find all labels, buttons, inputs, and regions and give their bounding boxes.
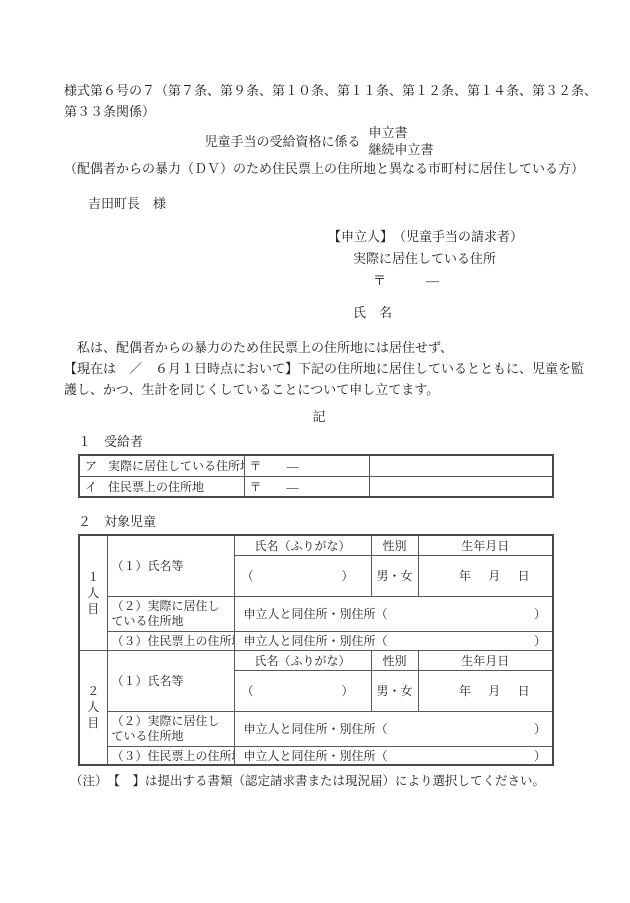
child-2-registered-address-choice: 申立人と同住所・別住所（ ） bbox=[234, 746, 553, 765]
row-label: 住民票上の住所地 bbox=[108, 480, 204, 494]
postal-mark: 〒 bbox=[250, 459, 262, 473]
name-furigana-header: 氏名（ふりがな） bbox=[234, 535, 371, 555]
table-row: （２）実際に居住している住所地 申立人と同住所・別住所（ ） bbox=[79, 596, 553, 631]
doc-type-continuation: 継続申立書 bbox=[369, 141, 434, 158]
postal-separator: ― bbox=[426, 273, 439, 288]
ki-separator: 記 bbox=[64, 406, 574, 428]
table-row: ア実際に居住している住所地 〒― bbox=[79, 455, 553, 476]
address-choice-text: 申立人と同住所・別住所（ bbox=[244, 632, 388, 649]
recipient-table: ア実際に居住している住所地 〒― イ住民票上の住所地 〒― bbox=[78, 454, 554, 498]
form-page: 様式第６号の７（第７条、第９条、第１０条、第１１条、第１２条、第１４条、第３２条… bbox=[0, 0, 630, 903]
paren-open: （ bbox=[242, 567, 254, 584]
year-label: 年 bbox=[459, 567, 471, 584]
recipient-row-b-postal: 〒― bbox=[244, 476, 369, 497]
name-field-label: 氏 名 bbox=[328, 302, 574, 324]
children-table: １人目 （１）氏名等 氏名（ふりがな） 性別 生年月日 （ ） 男・女 年 bbox=[78, 534, 554, 766]
child-1-furigana-parens: （ ） bbox=[234, 555, 371, 596]
child-1-gender-options: 男・女 bbox=[371, 555, 418, 596]
child-1-registered-address-label: （３）住民票上の住所地 bbox=[107, 631, 234, 650]
gender-header: 性別 bbox=[371, 535, 418, 555]
doc-type-statement: 申立書 bbox=[369, 124, 434, 141]
child-2-birthdate-blank: 年 月 日 bbox=[418, 670, 553, 711]
child-2-person-label: ２人目 bbox=[79, 650, 107, 765]
dv-target-note: （配偶者からの暴力（ＤＶ）のため住民票上の住所地と異なる市町村に居住している方） bbox=[64, 159, 574, 179]
child-1-birthdate-blank: 年 月 日 bbox=[418, 555, 553, 596]
recipient-row-a-address-blank bbox=[369, 455, 553, 476]
day-label: 日 bbox=[518, 567, 530, 584]
paren-close: ） bbox=[341, 682, 353, 699]
section2-heading: ２ 対象児童 bbox=[64, 511, 574, 533]
recipient-row-a-label: ア実際に居住している住所地 bbox=[79, 455, 244, 476]
month-label: 月 bbox=[488, 682, 500, 699]
address-choice-text: 申立人と同住所・別住所（ bbox=[244, 747, 388, 764]
form-number-line-2: 第３３条関係） bbox=[64, 101, 574, 122]
statement-paragraph: 私は、配偶者からの暴力のため住民票上の住所地には居住せず、 【現在は ／ ６月１… bbox=[64, 337, 574, 400]
paren-close: ） bbox=[534, 605, 546, 622]
paren-close: ） bbox=[534, 632, 546, 649]
footnote: （注） 【 】は提出する書類（認定請求書または現況届）により選択してください。 bbox=[70, 771, 574, 791]
child-1-actual-residence-label: （２）実際に居住している住所地 bbox=[107, 596, 234, 631]
paren-close: ） bbox=[341, 567, 353, 584]
paren-open: （ bbox=[242, 682, 254, 699]
child-1-registered-address-choice: 申立人と同住所・別住所（ ） bbox=[234, 631, 553, 650]
address-choice-text: 申立人と同住所・別住所（ bbox=[244, 605, 388, 622]
child-2-gender-options: 男・女 bbox=[371, 670, 418, 711]
statement-line-3: 護し、かつ、生計を同じくしていることについて申し立てます。 bbox=[64, 379, 574, 400]
paren-close: ） bbox=[534, 720, 546, 737]
table-row: イ住民票上の住所地 〒― bbox=[79, 476, 553, 497]
child-2-actual-residence-label: （２）実際に居住している住所地 bbox=[107, 711, 234, 746]
statement-line-1: 私は、配偶者からの暴力のため住民票上の住所地には居住せず、 bbox=[64, 337, 574, 358]
form-number: 様式第６号の７（第７条、第９条、第１０条、第１１条、第１２条、第１４条、第３２条… bbox=[64, 80, 574, 122]
row-label: 実際に居住している住所地 bbox=[108, 459, 244, 473]
child-2-name-row-label: （１）氏名等 bbox=[107, 650, 234, 711]
name-furigana-header: 氏名（ふりがな） bbox=[234, 650, 371, 670]
table-row: （３）住民票上の住所地 申立人と同住所・別住所（ ） bbox=[79, 631, 553, 650]
document-title: 児童手当の受給資格に係る 申立書 継続申立書 bbox=[64, 122, 574, 159]
child-1-name-row-label: （１）氏名等 bbox=[107, 535, 234, 596]
doc-type-stack: 申立書 継続申立書 bbox=[369, 124, 434, 158]
table-row: （３）住民票上の住所地 申立人と同住所・別住所（ ） bbox=[79, 746, 553, 765]
postal-separator: ― bbox=[287, 480, 299, 494]
day-label: 日 bbox=[518, 682, 530, 699]
section1-heading: １ 受給者 bbox=[64, 431, 574, 453]
recipient-row-b-label: イ住民票上の住所地 bbox=[79, 476, 244, 497]
row-code: ア bbox=[85, 457, 97, 474]
address-choice-text: 申立人と同住所・別住所（ bbox=[244, 720, 388, 737]
recipient-row-a-postal: 〒― bbox=[244, 455, 369, 476]
year-label: 年 bbox=[459, 682, 471, 699]
child-2-actual-residence-choice: 申立人と同住所・別住所（ ） bbox=[234, 711, 553, 746]
row-code: イ bbox=[85, 478, 97, 495]
birthdate-header: 生年月日 bbox=[418, 650, 553, 670]
table-row: （２）実際に居住している住所地 申立人と同住所・別住所（ ） bbox=[79, 711, 553, 746]
child-2-furigana-parens: （ ） bbox=[234, 670, 371, 711]
applicant-block: 【申立人】 （児童手当の請求者） 実際に居住している住所 〒― 氏 名 bbox=[328, 226, 574, 324]
applicant-heading: 【申立人】 （児童手当の請求者） bbox=[328, 226, 574, 248]
month-label: 月 bbox=[488, 567, 500, 584]
postal-mark: 〒 bbox=[373, 273, 386, 288]
title-prefix: 児童手当の受給資格に係る bbox=[204, 131, 360, 150]
postal-separator: ― bbox=[287, 459, 299, 473]
form-number-line-1: 様式第６号の７（第７条、第９条、第１０条、第１１条、第１２条、第１４条、第３２条… bbox=[64, 80, 574, 101]
gender-header: 性別 bbox=[371, 650, 418, 670]
paren-close: ） bbox=[534, 747, 546, 764]
postal-code-line: 〒― bbox=[328, 270, 574, 292]
residence-address-label: 実際に居住している住所 bbox=[328, 248, 574, 270]
child-1-actual-residence-choice: 申立人と同住所・別住所（ ） bbox=[234, 596, 553, 631]
recipient-row-b-address-blank bbox=[369, 476, 553, 497]
child-2-registered-address-label: （３）住民票上の住所地 bbox=[107, 746, 234, 765]
table-row: １人目 （１）氏名等 氏名（ふりがな） 性別 生年月日 bbox=[79, 535, 553, 555]
child-1-person-label: １人目 bbox=[79, 535, 107, 650]
statement-line-2: 【現在は ／ ６月１日時点において】下記の住所地に居住しているとともに、児童を監 bbox=[64, 358, 574, 379]
addressee: 吉田町長 様 bbox=[64, 193, 574, 215]
table-row: ２人目 （１）氏名等 氏名（ふりがな） 性別 生年月日 bbox=[79, 650, 553, 670]
postal-mark: 〒 bbox=[250, 480, 262, 494]
birthdate-header: 生年月日 bbox=[418, 535, 553, 555]
